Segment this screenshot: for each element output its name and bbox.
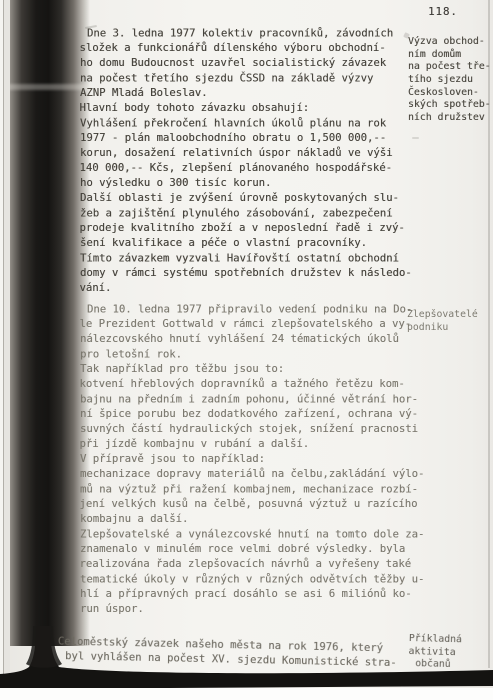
text-line: Vyhlášení překročení hlavních úkolů plán… <box>80 116 412 131</box>
text-line: Tak například pro těžbu jsou to: <box>80 362 416 377</box>
text-line: run úspor. <box>80 602 416 617</box>
text-line: ských spotřeb- <box>408 99 493 112</box>
text-line: Tímto závazkem vyzvali Havířovští ostatn… <box>80 251 412 266</box>
text-line: AZNP Mladá Boleslav. <box>80 86 412 101</box>
text-line: V přípravě jsou to například: <box>80 452 416 467</box>
text-line: le Prezident Gottwald v rámci zlepšovate… <box>80 317 416 332</box>
text-line: Dne 3. ledna 1977 kolektiv pracovníků, z… <box>80 26 412 41</box>
text-line: suvných částí hydraulických stojek, sníž… <box>80 422 416 437</box>
text-line: kombajnu a další. <box>80 512 416 527</box>
text-line: bajnu na předním i zadním pohonu, účinné… <box>80 392 416 407</box>
text-line: mů na výztuž při ražení kombajnem, mecha… <box>80 482 416 497</box>
text-line: znamenalo v minulém roce velmi dobré výs… <box>80 542 416 557</box>
text-line: tematické úkoly v různých v různých odvě… <box>80 572 416 587</box>
text-line: Výzva obchod- <box>408 36 493 49</box>
text-line: nálezcovského hnutí vyhlášení 24 tématic… <box>80 332 416 347</box>
text-line: na počest třetího sjezdu ČSSD na základě… <box>80 71 412 86</box>
text-line: na počest tře- <box>408 61 493 74</box>
margin-note-store-appeal: Výzva obchod-ním domůmna počest tře-tího… <box>408 36 493 125</box>
text-line: ho výsledku o 300 tisíc korun. <box>80 176 412 191</box>
text-line: podniku <box>407 322 493 335</box>
paragraph-business-pledge: Dne 3. ledna 1977 kolektiv pracovníků, z… <box>80 26 412 296</box>
text-line: mechanizace dopravy materiálů na čelbu,z… <box>80 467 416 482</box>
book-spine-shadow <box>0 0 90 646</box>
photo-bottom-margin <box>0 688 493 700</box>
text-line: Zlepšovatelské a vynálezcovské hnutí na … <box>80 527 416 542</box>
page-number: 118. <box>428 5 458 18</box>
text-line: Další oblasti je zvýšení úrovně poskytov… <box>80 191 412 206</box>
text-line: korun, dosažení relativních úspor náklad… <box>80 146 412 161</box>
text-line: Českosloven- <box>408 87 493 100</box>
text-line: tího sjezdu <box>408 74 493 87</box>
text-line: při jízdě kombajnu v rubání a další. <box>80 437 416 452</box>
text-line: vání. <box>80 281 412 296</box>
spine-light-streak <box>0 84 90 90</box>
text-line: ních družstev <box>408 112 493 125</box>
text-line: ní špice porubu bez dodatkového zařízení… <box>80 407 416 422</box>
paragraph-mine-improvers: Dne 10. ledna 1977 připravilo vedení pod… <box>80 302 416 617</box>
text-line: složek a funkcionářů dílenského výboru o… <box>80 41 412 56</box>
text-line: 1977 - plán maloobchodního obratu o 1,50… <box>80 131 412 146</box>
text-line: realizována řada zlepšovacích návrhů a v… <box>80 557 416 572</box>
scanned-chronicle-page: 118. Dne 3. ledna 1977 kolektiv pracovní… <box>0 0 493 700</box>
text-line: šení kvalifikace a péče o vlastní pracov… <box>80 236 412 251</box>
text-line: ho domu Budoucnost uzavřel socialistický… <box>80 56 412 71</box>
text-line: Zlepšovatelé <box>407 309 493 322</box>
page-left-edge <box>0 0 10 700</box>
text-line: prodeje kvalitního zboží a v neposlední … <box>80 221 412 236</box>
text-line: Hlavní body tohoto závazku obsahují: <box>80 101 412 116</box>
text-line: pro letošní rok. <box>80 347 416 362</box>
text-line: žeb a zajištění plynulého zásobování, za… <box>80 206 412 221</box>
text-line: hlí a přípravných prací dosáhlo se asi 6… <box>80 587 416 602</box>
text-line: Dne 10. ledna 1977 připravilo vedení pod… <box>80 302 416 317</box>
text-line: domy v rámci systému spotřebních družste… <box>80 266 412 281</box>
text-line: 140 000,-- Kčs, zlepšení plánovaného hos… <box>80 161 412 176</box>
margin-note-improvers: Zlepšovatelépodniku <box>407 309 493 334</box>
text-line: kotvení hřeblových dopravníků a tažného … <box>80 377 416 392</box>
text-line: ním domům <box>408 49 493 62</box>
scan-smudge <box>412 137 419 139</box>
text-line: jení velkých kusů na čelbě, posuvná výzt… <box>80 497 416 512</box>
